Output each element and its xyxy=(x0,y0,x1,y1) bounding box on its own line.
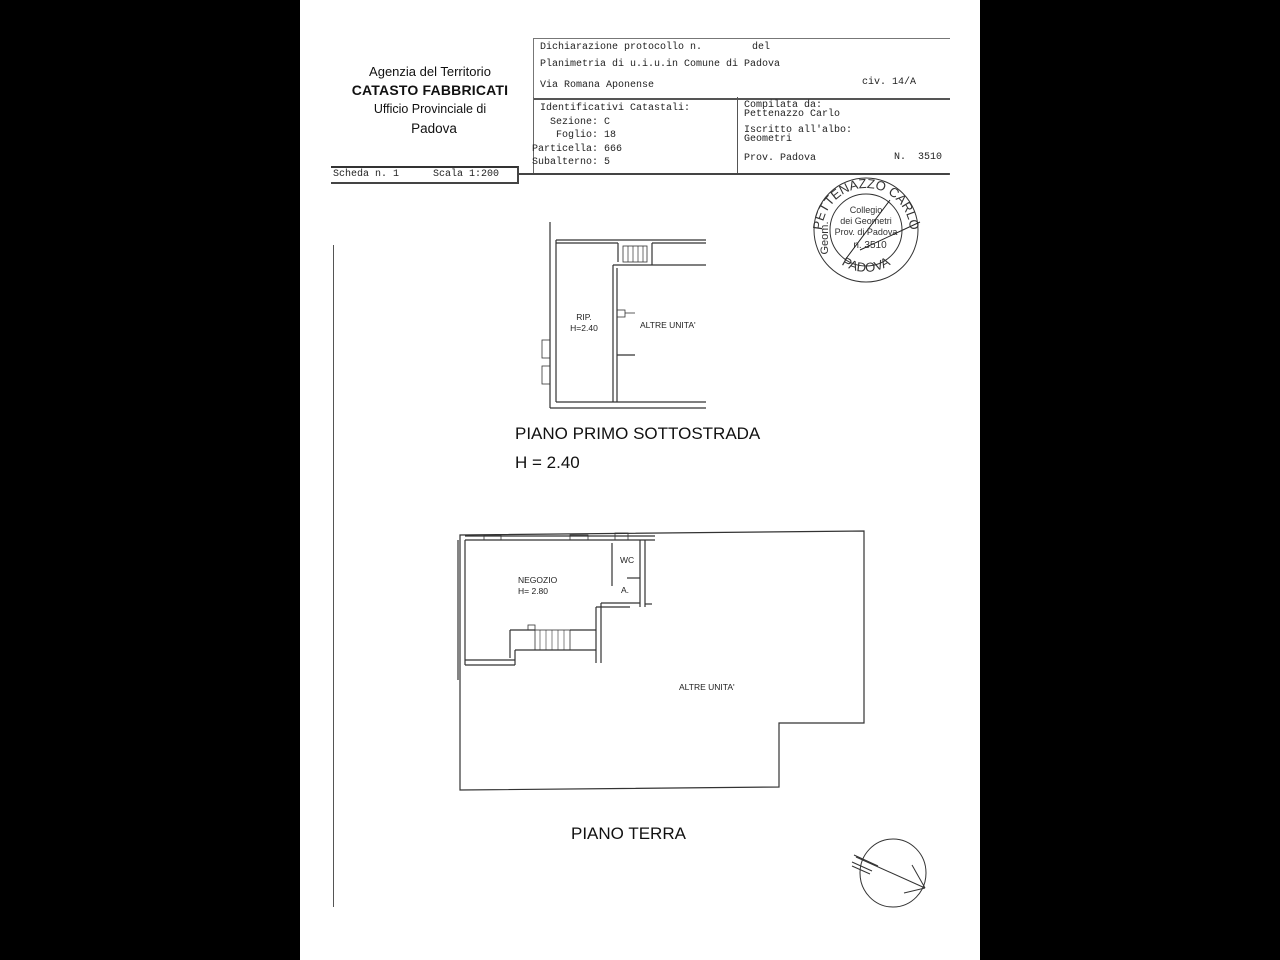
ground-floor-title: PIANO TERRA xyxy=(571,824,686,844)
basement-other-units: ALTRE UNITA' xyxy=(640,320,696,331)
stamp-outer-left: Geom. xyxy=(819,221,831,254)
antibagno-label: A. xyxy=(621,585,629,596)
north-arrow-icon xyxy=(852,839,926,907)
wc-label: WC xyxy=(620,555,634,566)
ground-room-label: NEGOZIO H= 2.80 xyxy=(518,575,557,597)
floor-plans-drawing: PETTENAZZO CARLO PADOVA Geom. Collegio d… xyxy=(300,0,980,960)
basement-height: H = 2.40 xyxy=(515,453,580,473)
surveyor-stamp: PETTENAZZO CARLO PADOVA Geom. Collegio d… xyxy=(810,176,922,282)
basement-room-label: RIP. H=2.40 xyxy=(562,312,606,334)
ground-floor-plan xyxy=(458,531,864,790)
ground-room-height: H= 2.80 xyxy=(518,586,548,596)
cadastral-plan-page: Agenzia del Territorio CATASTO FABBRICAT… xyxy=(300,0,980,960)
stamp-inner-2: dei Geometri xyxy=(840,216,892,226)
ground-room-name: NEGOZIO xyxy=(518,575,557,585)
stamp-inner-1: Collegio xyxy=(850,205,883,215)
basement-room-name: RIP. xyxy=(576,312,591,322)
basement-title: PIANO PRIMO SOTTOSTRADA xyxy=(515,424,760,444)
ground-other-units: ALTRE UNITA' xyxy=(679,682,735,693)
basement-room-height: H=2.40 xyxy=(570,323,598,333)
